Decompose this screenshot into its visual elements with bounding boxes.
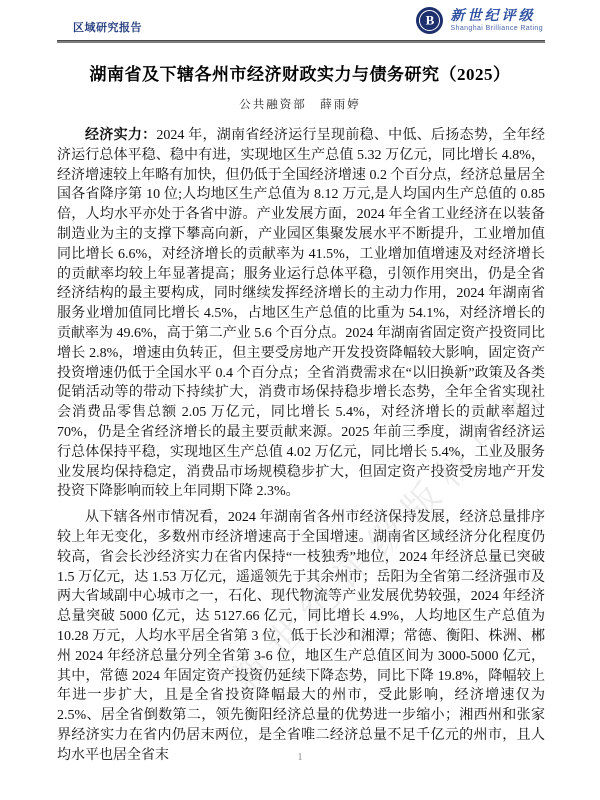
- brand-seal-icon: B: [416, 7, 443, 34]
- page-number: 1: [0, 752, 600, 763]
- document-title: 湖南省及下辖各州市经济财政实力与债务研究（2025）: [40, 60, 560, 85]
- brand-logo: B 新世纪评级 Shanghai Brilliance Rating: [416, 7, 543, 34]
- document-body: 经济实力：2024 年，湖南省经济运行呈现前稳、中低、后扬态势，全年经济运行总体…: [57, 126, 545, 772]
- paragraph-text: 2024 年，湖南省经济运行呈现前稳、中低、后扬态势，全年经济运行总体平稳、稳中…: [57, 128, 545, 499]
- header-divider: [57, 40, 545, 43]
- paragraph-city-overview: 从下辖各州市情况看，2024 年湖南省各州市经济保持发展，经济总量排序较上年无变…: [57, 508, 545, 765]
- page-header: 区域研究报告 B 新世纪评级 Shanghai Brilliance Ratin…: [0, 0, 600, 42]
- paragraph-economic-strength: 经济实力：2024 年，湖南省经济运行呈现前稳、中低、后扬态势，全年经济运行总体…: [57, 126, 545, 502]
- author-byline: 公共融资部 薛雨婷: [0, 96, 600, 112]
- paragraph-text: 从下辖各州市情况看，2024 年湖南省各州市经济保持发展，经济总量排序较上年无变…: [57, 510, 545, 763]
- brand-name-english: Shanghai Brilliance Rating: [450, 24, 543, 33]
- paragraph-lead-label: 经济实力：: [85, 128, 156, 143]
- brand-logo-text: 新世纪评级 Shanghai Brilliance Rating: [450, 9, 543, 33]
- report-type-label: 区域研究报告: [73, 19, 142, 35]
- brand-name-chinese: 新世纪评级: [450, 9, 543, 24]
- brand-seal-letter: B: [426, 12, 435, 28]
- document-page: 区域研究报告 B 新世纪评级 Shanghai Brilliance Ratin…: [0, 0, 600, 800]
